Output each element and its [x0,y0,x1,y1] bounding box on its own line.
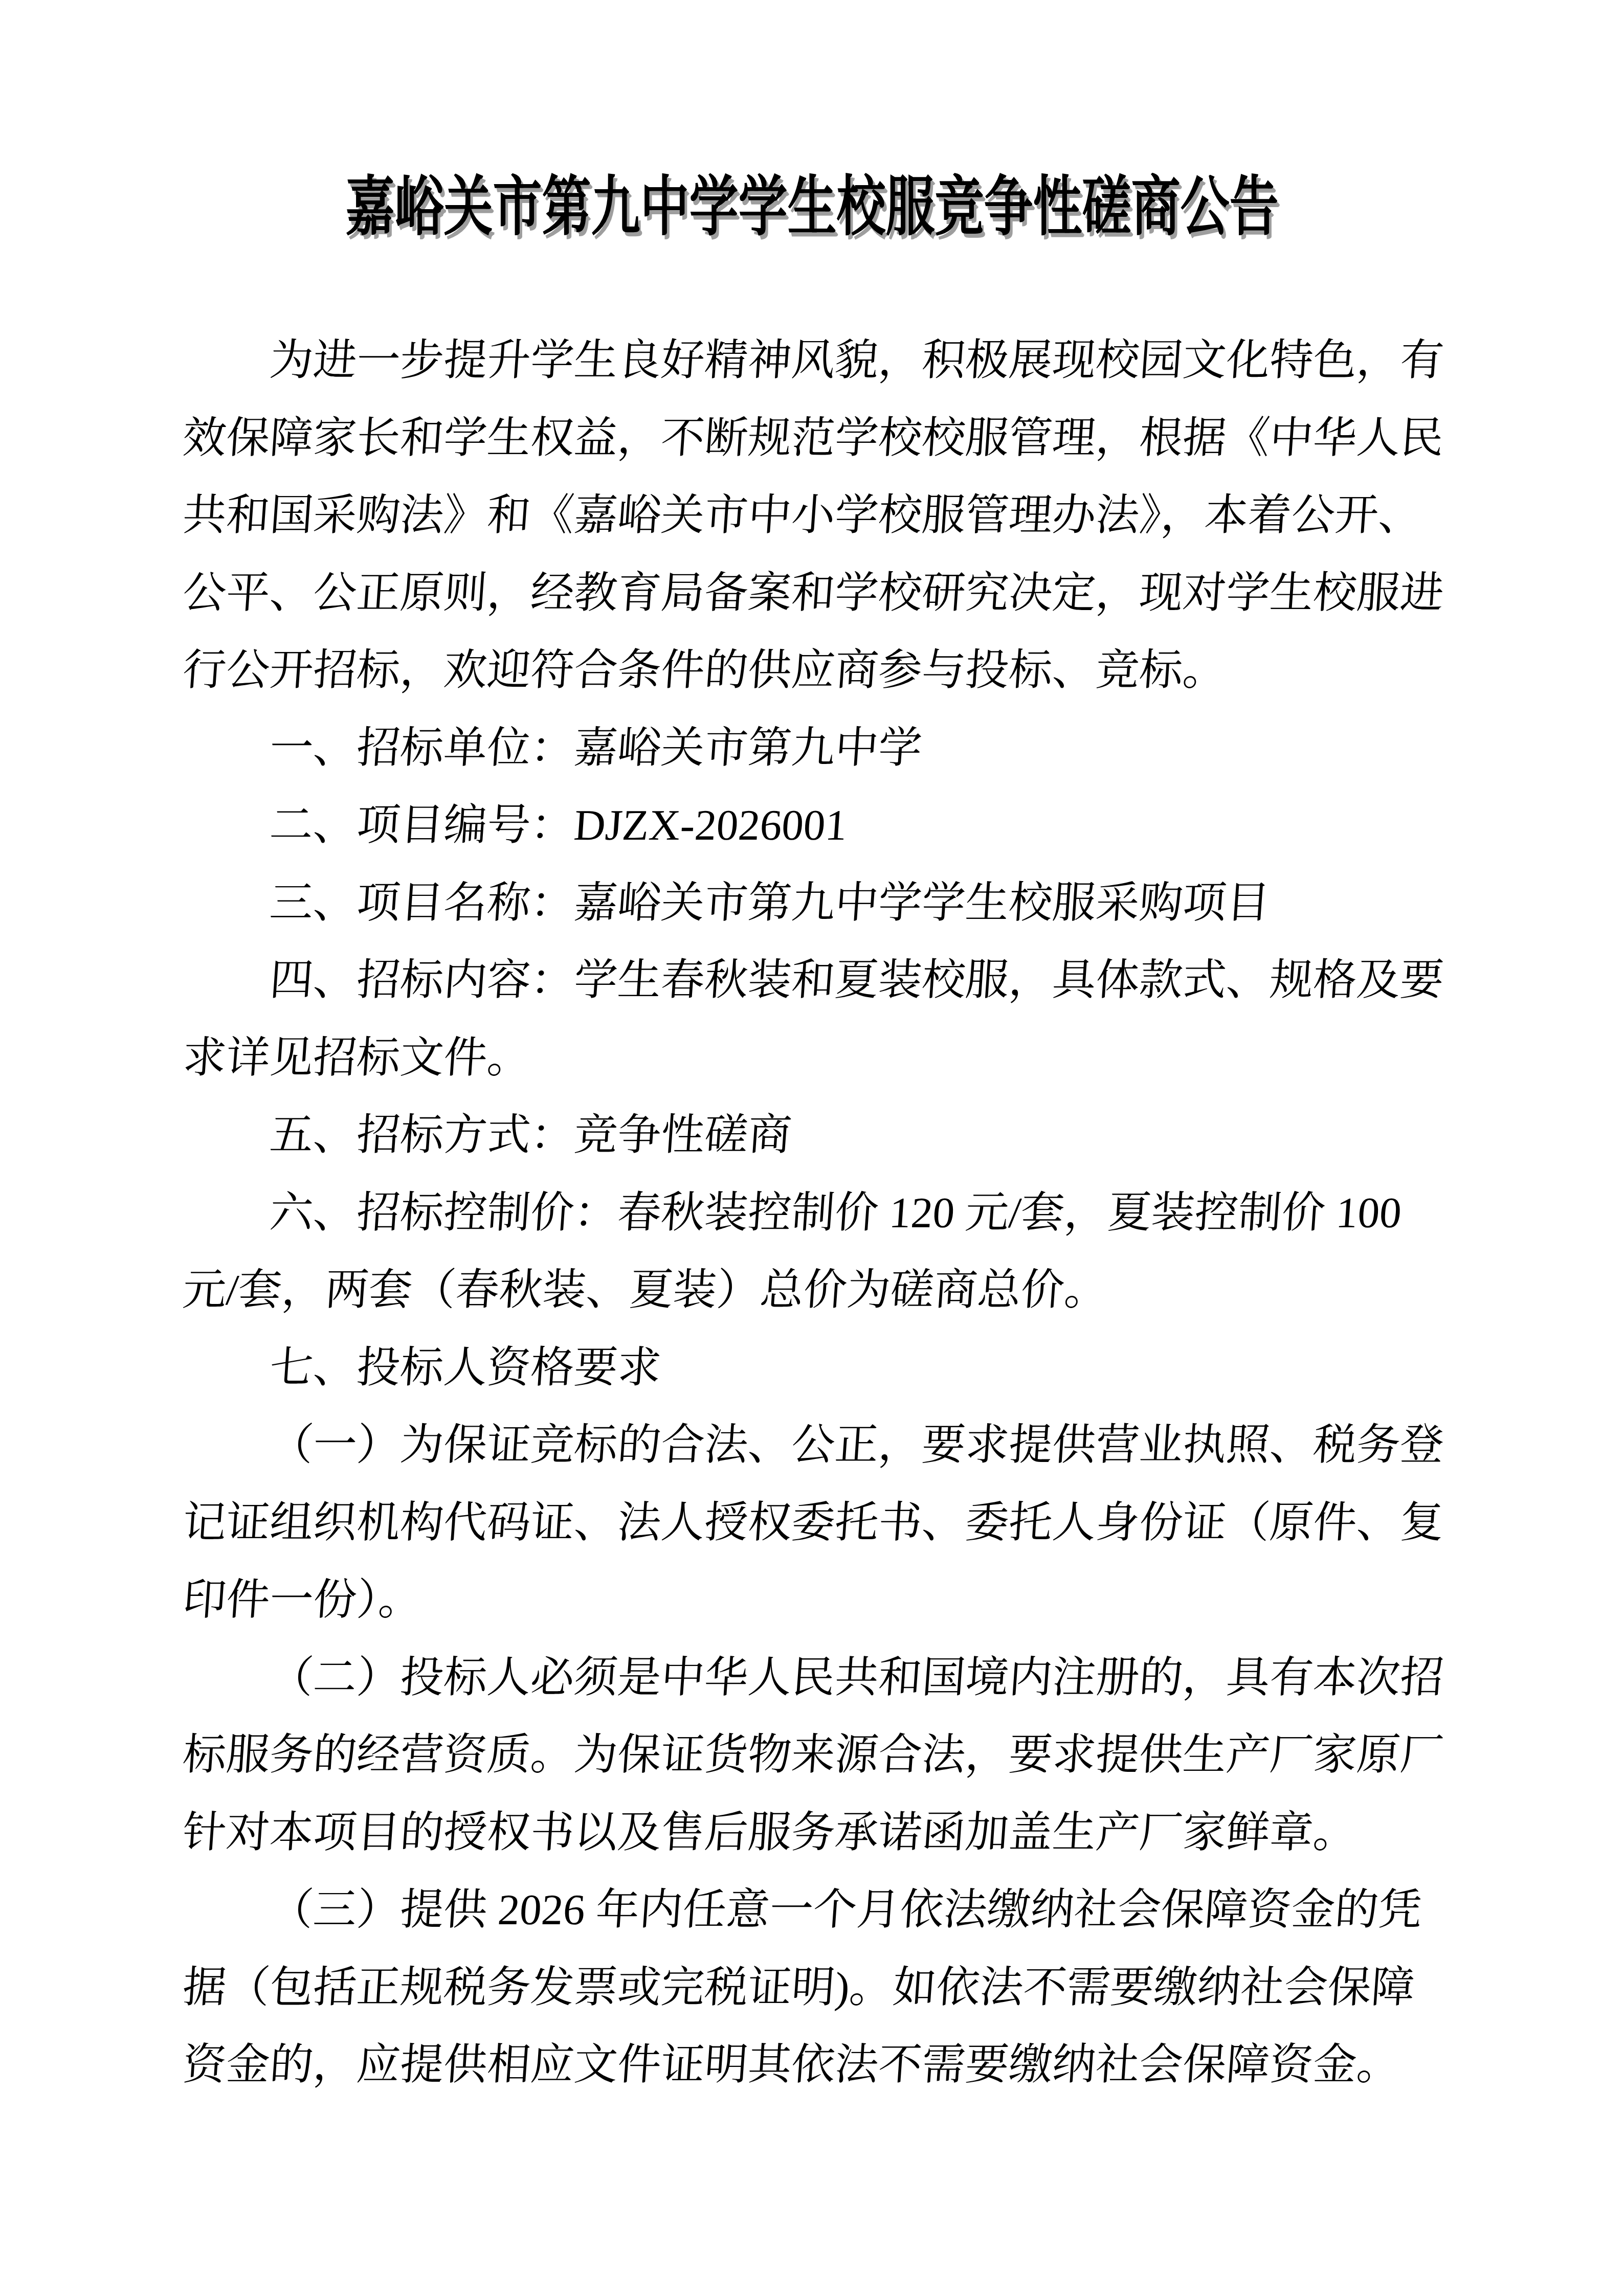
document-page: 嘉峪关市第九中学学生校服竞争性磋商公告 为进一步提升学生良好精神风貌，积极展现校… [0,0,1624,2296]
text-line: 四、招标内容：学生春秋装和夏装校服，具体款式、规格及要 [180,942,1454,1020]
page-title: 嘉峪关市第九中学学生校服竞争性磋商公告 [0,174,1624,241]
text-line: 六、招标控制价：春秋装控制价 120 元/套，夏装控制价 100 [180,1175,1454,1252]
text-line: 共和国采购法》和《嘉峪关市中小学校服管理办法》，本着公开、 [180,477,1454,555]
text-line: 标服务的经营资质。为保证货物来源合法，要求提供生产厂家原厂 [180,1717,1454,1794]
text-line: （三）提供 2026 年内任意一个月依法缴纳社会保障资金的凭 [180,1872,1454,1949]
text-line: 二、项目编号：DJZX-2026001 [180,787,1454,865]
text-line: 记证组织机构代码证、法人授权委托书、委托人身份证（原件、复 [180,1484,1454,1562]
paragraph: （二）投标人必须是中华人民共和国境内注册的，具有本次招标服务的经营资质。为保证货… [180,1639,1449,1872]
text-line: 公平、公正原则，经教育局备案和学校研究决定，现对学生校服进 [180,555,1454,633]
text-line: 资金的，应提供相应文件证明其依法不需要缴纳社会保障资金。 [180,2027,1454,2104]
paragraph: 一、招标单位：嘉峪关市第九中学 [180,710,1449,787]
text-line: 七、投标人资格要求 [180,1330,1454,1407]
paragraph: 为进一步提升学生良好精神风貌，积极展现校园文化特色，有效保障家长和学生权益，不断… [180,322,1449,710]
paragraph: 四、招标内容：学生春秋装和夏装校服，具体款式、规格及要求详见招标文件。 [180,942,1449,1097]
text-line: 据（包括正规税务发票或完税证明)。如依法不需要缴纳社会保障 [180,1949,1454,2027]
paragraph: 二、项目编号：DJZX-2026001 [180,787,1449,865]
paragraph: 七、投标人资格要求 [180,1330,1449,1407]
text-line: （一）为保证竞标的合法、公正，要求提供营业执照、税务登 [180,1407,1454,1484]
paragraph: 六、招标控制价：春秋装控制价 120 元/套，夏装控制价 100元/套，两套（春… [180,1175,1449,1330]
paragraph: （一）为保证竞标的合法、公正，要求提供营业执照、税务登记证组织机构代码证、法人授… [180,1407,1449,1639]
text-line: 一、招标单位：嘉峪关市第九中学 [180,710,1454,787]
text-line: 印件一份）。 [180,1562,1454,1639]
text-line: 三、项目名称：嘉峪关市第九中学学生校服采购项目 [180,865,1454,942]
paragraph: （三）提供 2026 年内任意一个月依法缴纳社会保障资金的凭据（包括正规税务发票… [180,1872,1449,2104]
text-line: 求详见招标文件。 [180,1020,1454,1097]
text-line: 效保障家长和学生权益，不断规范学校校服管理，根据《中华人民 [180,400,1454,478]
text-line: 为进一步提升学生良好精神风貌，积极展现校园文化特色，有 [180,322,1454,400]
text-line: 针对本项目的授权书以及售后服务承诺函加盖生产厂家鲜章。 [180,1794,1454,1872]
paragraph: 三、项目名称：嘉峪关市第九中学学生校服采购项目 [180,865,1449,942]
text-line: 五、招标方式：竞争性磋商 [180,1097,1454,1175]
text-line: 行公开招标，欢迎符合条件的供应商参与投标、竞标。 [180,632,1454,710]
text-line: 元/套，两套（春秋装、夏装）总价为磋商总价。 [180,1252,1454,1330]
document-body: 为进一步提升学生良好精神风貌，积极展现校园文化特色，有效保障家长和学生权益，不断… [180,322,1449,2104]
paragraph: 五、招标方式：竞争性磋商 [180,1097,1449,1175]
text-line: （二）投标人必须是中华人民共和国境内注册的，具有本次招 [180,1639,1454,1717]
